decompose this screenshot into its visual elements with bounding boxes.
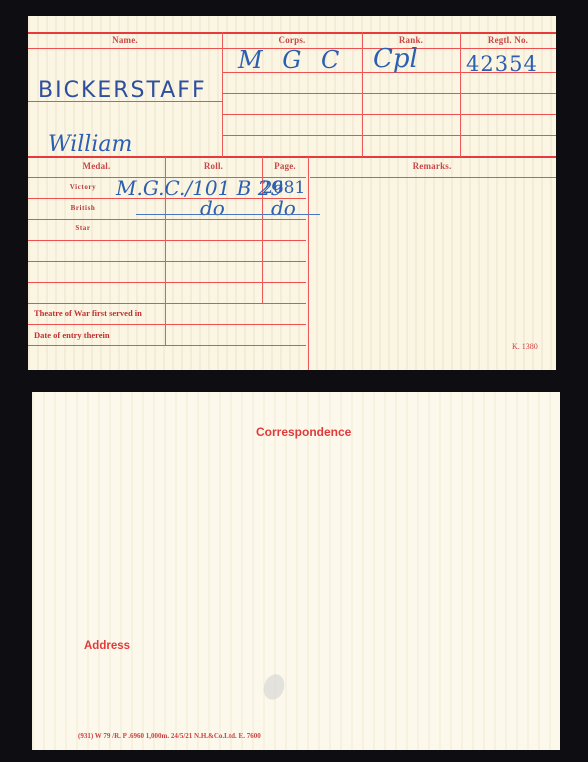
medal-label-british: British bbox=[28, 204, 138, 212]
rule bbox=[28, 32, 556, 34]
header-medal: Medal. bbox=[28, 161, 165, 171]
rule bbox=[310, 177, 556, 178]
british-roll-value: do bbox=[200, 196, 225, 220]
printer-imprint: (931) W 79 /R. P .6960 1,000m. 24/5/21 N… bbox=[78, 732, 261, 740]
divider bbox=[362, 32, 363, 157]
rule bbox=[28, 219, 306, 220]
correspondence-label: Correspondence bbox=[256, 425, 351, 439]
address-label: Address bbox=[84, 640, 130, 652]
ditto-stroke bbox=[136, 214, 320, 215]
british-page-value: do bbox=[271, 196, 296, 220]
header-regtl-no: Regtl. No. bbox=[460, 35, 556, 45]
header-roll: Roll. bbox=[165, 161, 262, 171]
divider bbox=[222, 32, 223, 157]
surname-value: BICKERSTAFF bbox=[38, 78, 207, 103]
rule bbox=[222, 93, 556, 94]
rule bbox=[28, 303, 306, 304]
rule bbox=[28, 48, 222, 49]
header-remarks: Remarks. bbox=[308, 161, 556, 171]
medal-card-back: Correspondence Address (931) W 79 /R. P … bbox=[32, 392, 560, 750]
rule bbox=[28, 282, 306, 283]
corps-value: M G C bbox=[238, 46, 345, 74]
forename-value: William bbox=[48, 132, 132, 157]
rule bbox=[222, 135, 556, 136]
paper-stain bbox=[260, 671, 288, 702]
form-number: K. 1380 bbox=[512, 342, 538, 351]
theatre-label: Theatre of War first served in bbox=[34, 308, 142, 318]
divider bbox=[308, 157, 309, 370]
rule bbox=[28, 345, 306, 346]
regtl-no-value: 42354 bbox=[466, 52, 538, 76]
rule bbox=[28, 324, 306, 325]
header-corps: Corps. bbox=[222, 35, 362, 45]
rule bbox=[222, 114, 556, 115]
header-name: Name. bbox=[28, 35, 222, 45]
rank-value: Cpl bbox=[373, 44, 418, 74]
rule bbox=[28, 240, 306, 241]
victory-page-value: 2681 bbox=[262, 178, 305, 198]
medal-label-star: Star bbox=[28, 224, 138, 232]
header-page: Page. bbox=[262, 161, 308, 171]
divider bbox=[460, 32, 461, 157]
date-entry-label: Date of entry therein bbox=[34, 330, 110, 340]
medal-card-front: Name. Corps. Rank. Regtl. No. BICKERSTAF… bbox=[28, 16, 556, 370]
rule bbox=[28, 261, 306, 262]
